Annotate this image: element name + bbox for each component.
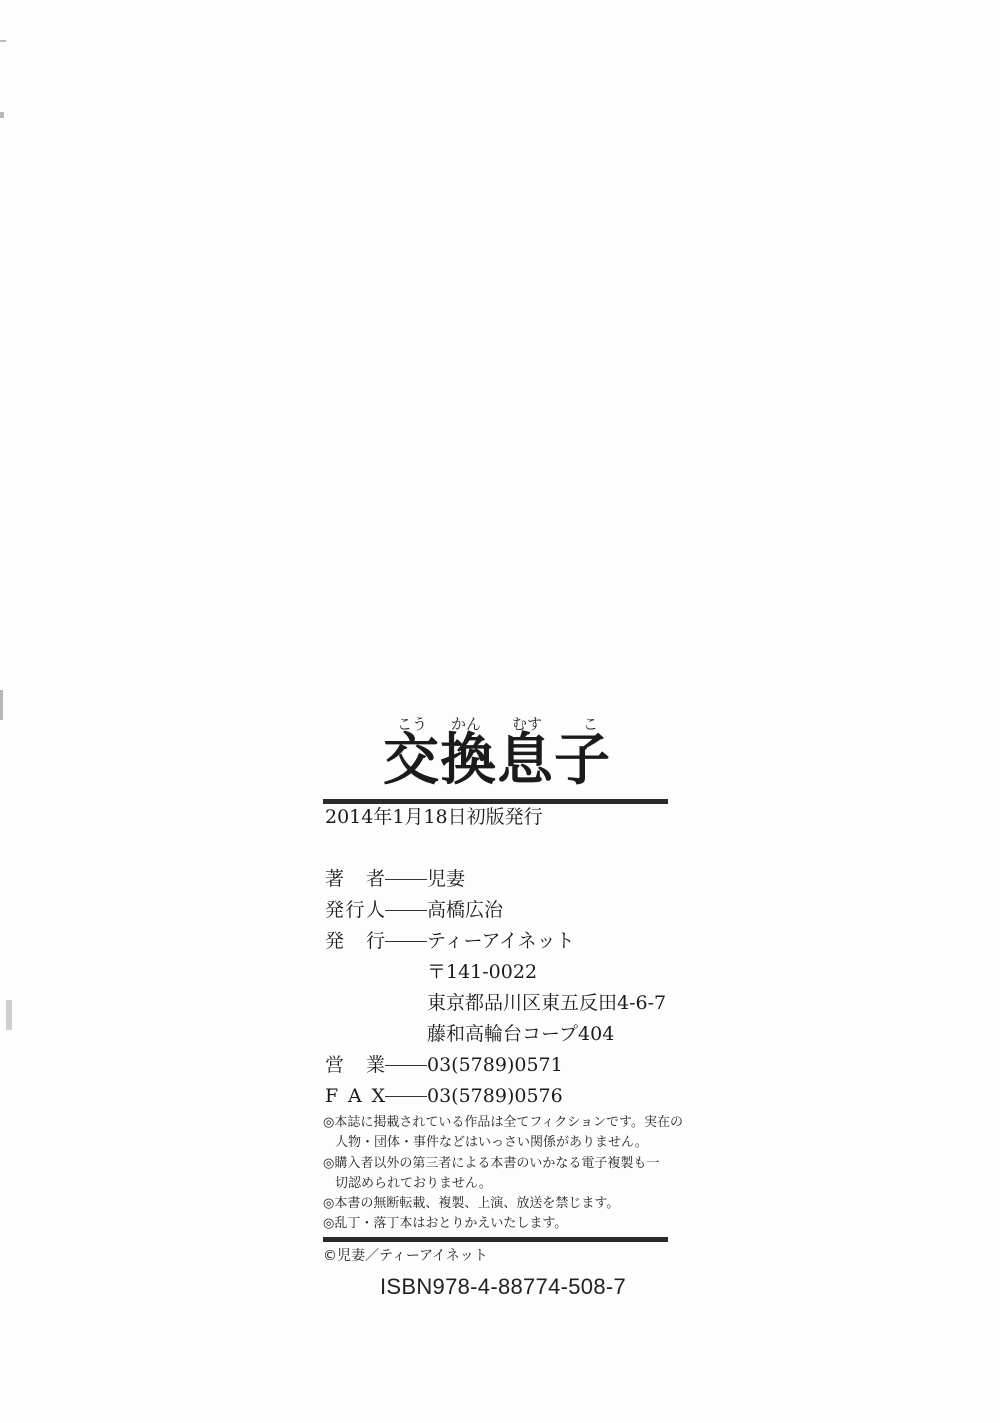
scan-edge-mark [0,690,3,720]
credit-value: 高橋広治 [427,897,503,923]
note-digital-copy: ◎購入者以外の第三者による本書のいかなる電子複製も一 切認められておりません。 [323,1154,683,1195]
address-line-1: 東京都品川区東五反田4-6-7 [427,990,666,1016]
contact-label: 営 業 [325,1052,385,1078]
copyright-notice: ©児妻／ティーアイネット [323,1245,488,1265]
scan-edge-mark [0,40,6,42]
dash-separator [385,1096,427,1097]
contact-sales: 営 業 03(5789)0571 [325,1052,563,1078]
scan-edge-mark [0,112,4,118]
credit-label: 発 行 [325,928,385,954]
isbn: ISBN978-4-88774-508-7 [380,1274,626,1300]
contact-label: F A X [325,1083,385,1109]
note-replacement: ◎乱丁・落丁本はおとりかえいたします。 [323,1214,683,1234]
address-line-2: 藤和高輪台コープ404 [427,1021,614,1047]
dash-separator [385,1065,427,1066]
postal-code: 〒141-0022 [427,959,537,985]
note-reproduction: ◎本書の無断転載、複製、上演、放送を禁じます。 [323,1194,683,1214]
dash-separator [385,941,427,942]
publication-date: 2014年1月18日初版発行 [325,804,543,830]
scan-edge-mark [6,1000,12,1030]
credit-value: 児妻 [427,866,465,892]
dash-separator [385,879,427,880]
bottom-rule [323,1237,668,1242]
dash-separator [385,910,427,911]
book-title: 交換息子 [383,728,611,792]
note-fiction: ◎本誌に掲載されている作品は全てフィクションです。実在の 人物・団体・事件などは… [323,1113,683,1154]
credit-author: 著 者 児妻 [325,866,465,892]
credit-value: ティーアイネット [427,928,575,954]
credit-label: 著 者 [325,866,385,892]
credit-label: 発行人 [325,897,385,923]
contact-value: 03(5789)0571 [427,1052,563,1078]
credit-publisher-person: 発行人 高橋広治 [325,897,503,923]
contact-fax: F A X 03(5789)0576 [325,1083,563,1109]
contact-value: 03(5789)0576 [427,1083,563,1109]
legal-notes: ◎本誌に掲載されている作品は全てフィクションです。実在の 人物・団体・事件などは… [323,1113,683,1235]
credit-publisher: 発 行 ティーアイネット [325,928,575,954]
